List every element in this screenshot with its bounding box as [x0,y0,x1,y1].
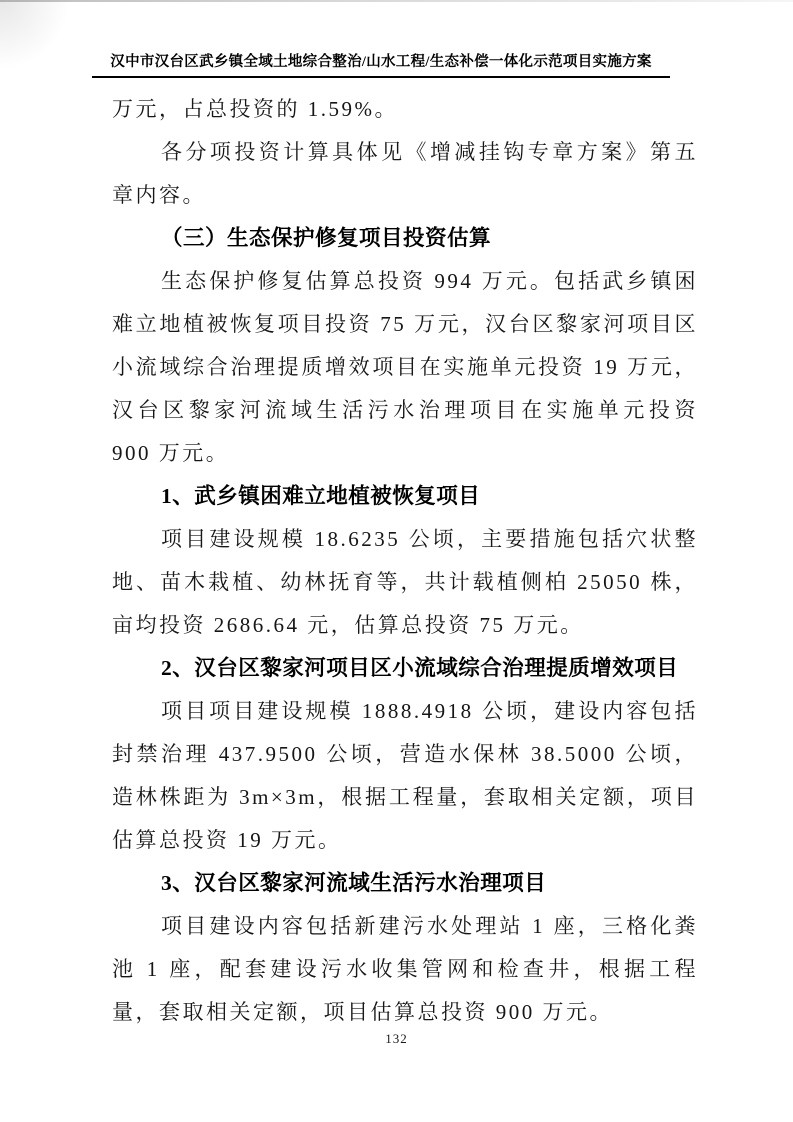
subheading-project-2-watershed-treatment: 2、汉台区黎家河项目区小流域综合治理提质增效项目 [112,647,698,690]
paragraph-eco-restoration-summary: 生态保护修复估算总投资 994 万元。包括武乡镇困难立地植被恢复项目投资 75 … [112,260,698,475]
document-body: 万元，占总投资的 1.59%。 各分项投资计算具体见《增减挂钩专章方案》第五章内… [112,88,698,1034]
paragraph-project-2-details: 项目项目建设规模 1888.4918 公顷，建设内容包括封禁治理 437.950… [112,690,698,862]
paragraph-investment-reference: 各分项投资计算具体见《增减挂钩专章方案》第五章内容。 [112,131,698,217]
scan-edge-corner [0,0,70,70]
paragraph-project-1-details: 项目建设规模 18.6235 公顷，主要措施包括穴状整地、苗木栽植、幼林抚育等，… [112,518,698,647]
document-page: 汉中市汉台区武乡镇全域土地综合整治/山水工程/生态补偿一体化示范项目实施方案 万… [0,0,793,1122]
paragraph-project-3-details: 项目建设内容包括新建污水处理站 1 座，三格化粪池 1 座，配套建设污水收集管网… [112,905,698,1034]
section-heading-eco-restoration-investment: （三）生态保护修复项目投资估算 [112,217,698,260]
subheading-project-1-vegetation-restoration: 1、武乡镇困难立地植被恢复项目 [112,475,698,518]
paragraph-continuation: 万元，占总投资的 1.59%。 [112,88,698,131]
scan-edge-top [0,0,793,2]
page-header: 汉中市汉台区武乡镇全域土地综合整治/山水工程/生态补偿一体化示范项目实施方案 [92,50,670,78]
subheading-project-3-sewage-treatment: 3、汉台区黎家河流域生活污水治理项目 [112,862,698,905]
document-title: 汉中市汉台区武乡镇全域土地综合整治/山水工程/生态补偿一体化示范项目实施方案 [92,50,670,71]
page-number: 132 [385,1031,408,1046]
page-footer: 132 [0,1030,793,1048]
